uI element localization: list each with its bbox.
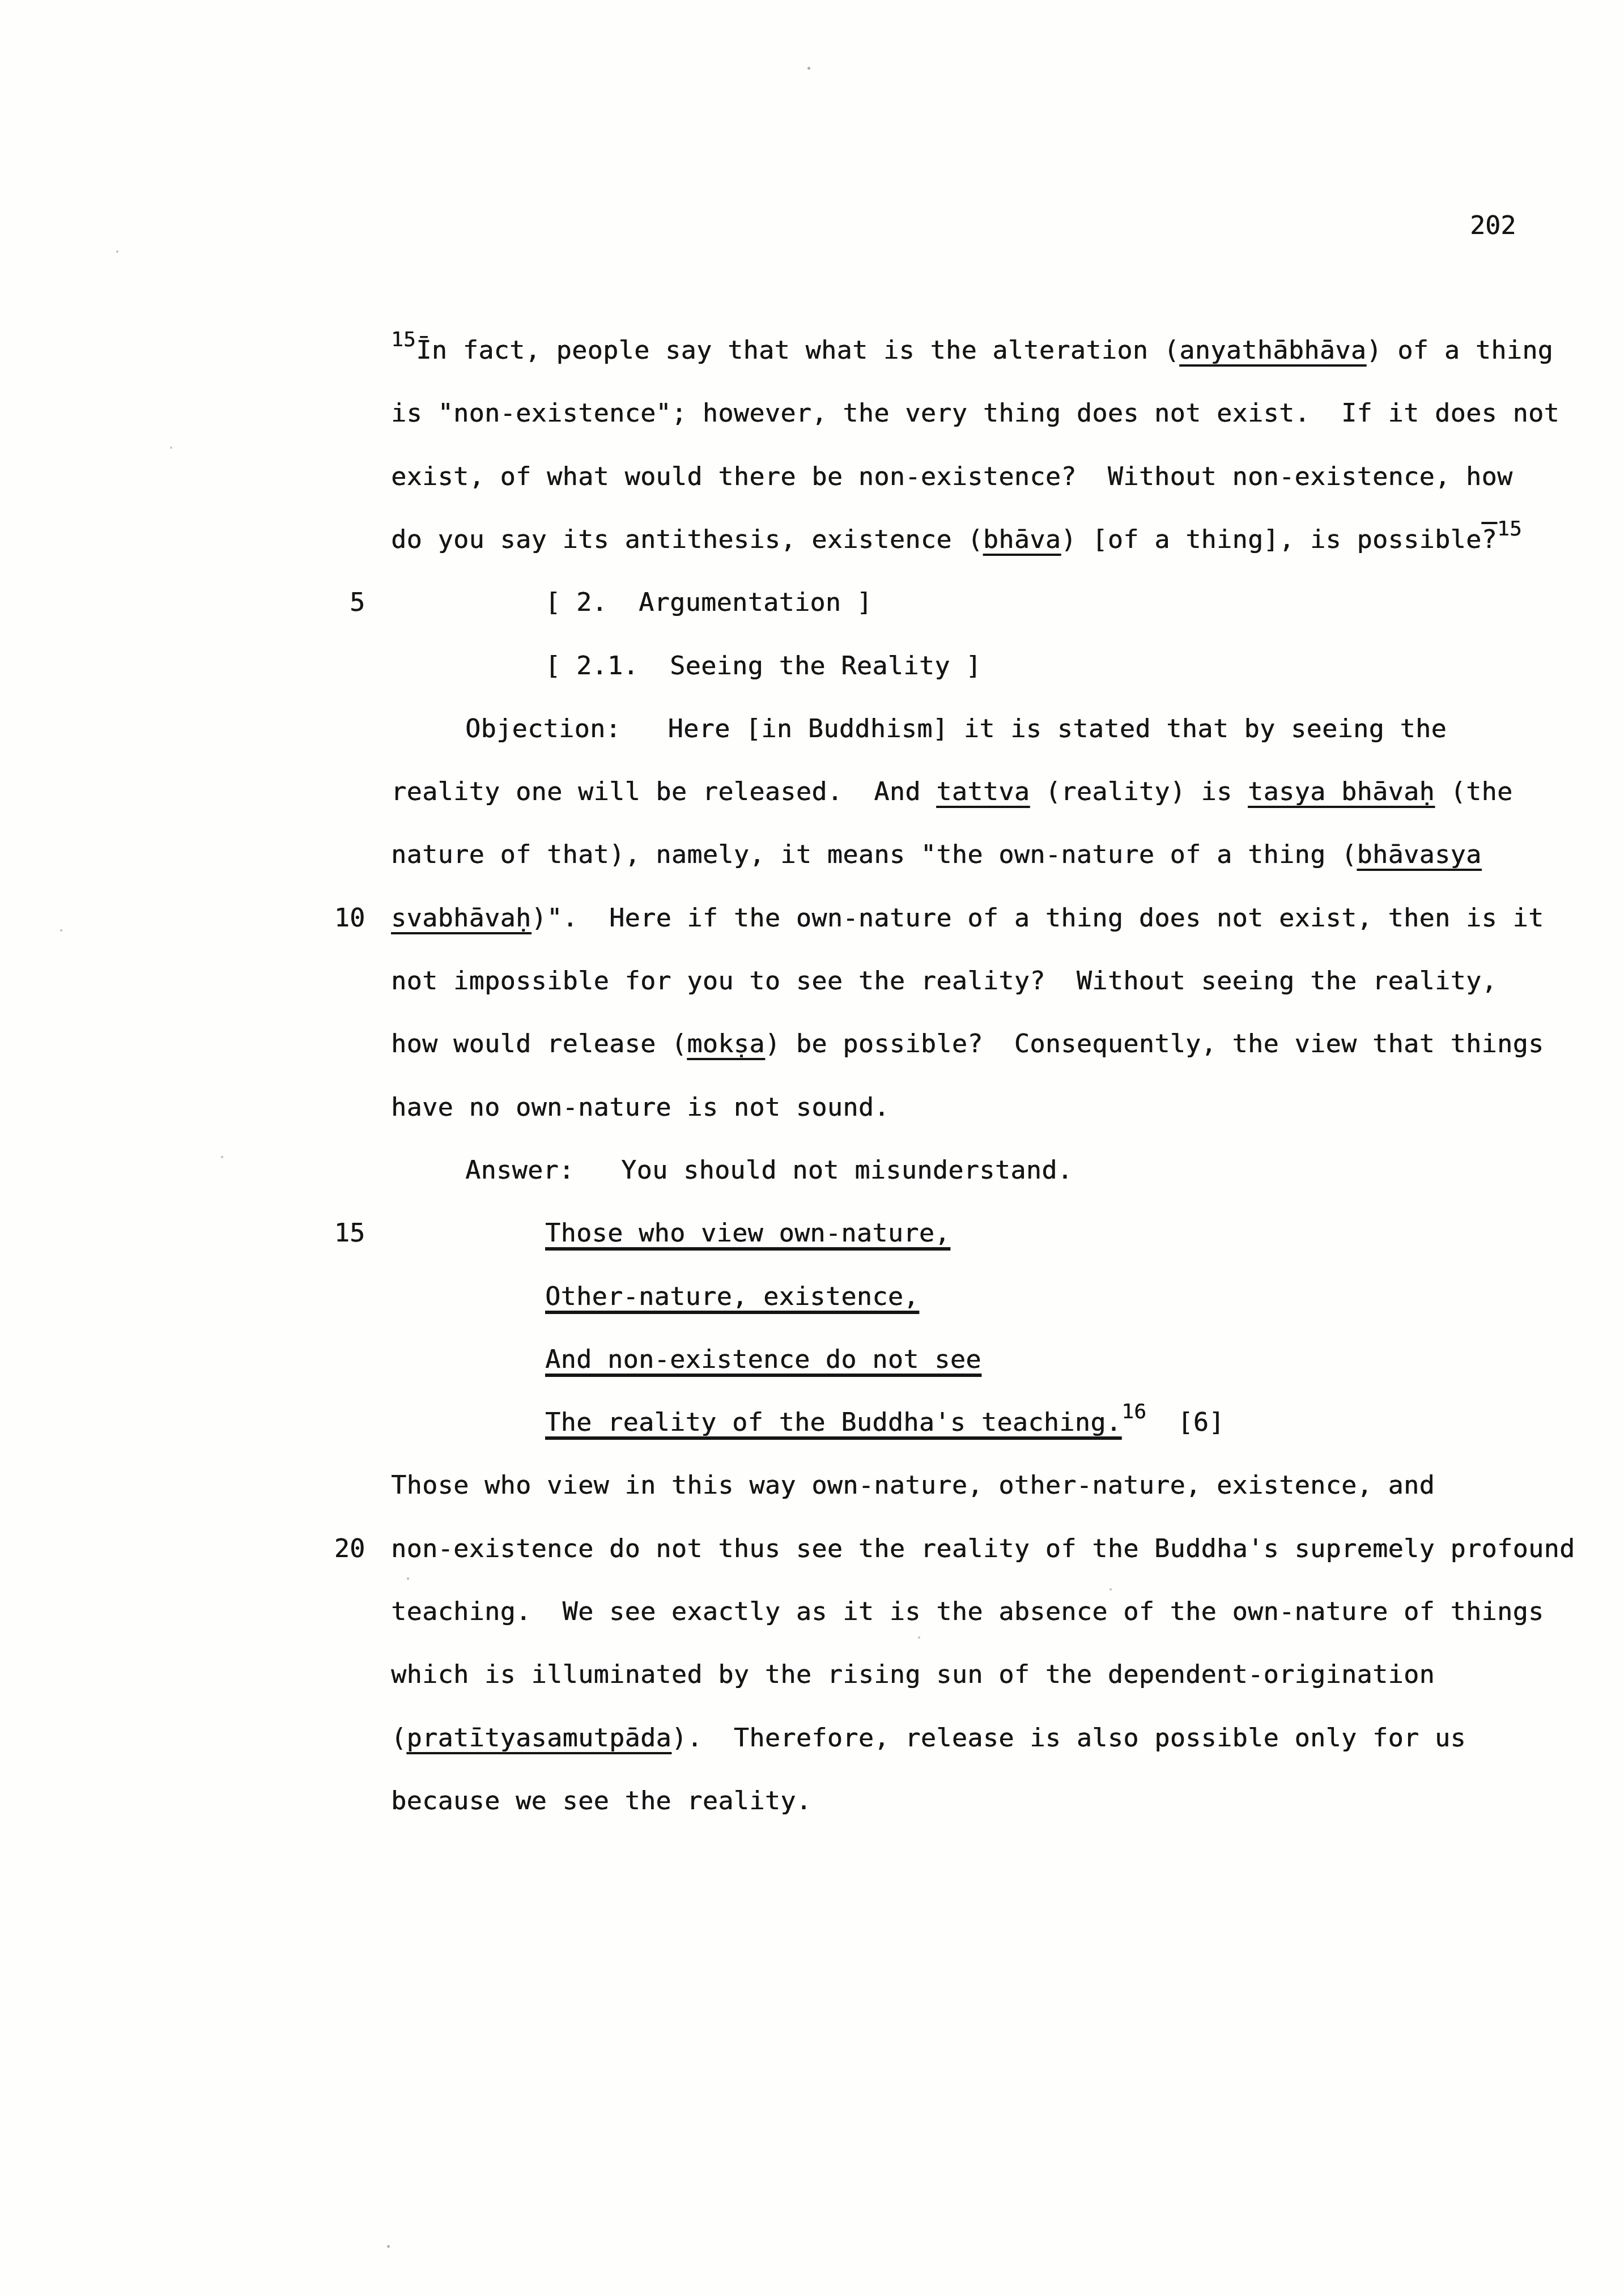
verse-line: Those who view own-nature, — [545, 1218, 950, 1248]
text-run: ) [of a thing], is possible — [1061, 524, 1481, 554]
underlined-term: anyathābhāva — [1179, 335, 1366, 365]
text-run: exist, of what would there be non-existe… — [391, 461, 1512, 491]
text-run: Īn fact, people say that what is the alt… — [416, 335, 1179, 365]
superscript-footnote-marker: 15 — [1497, 517, 1522, 541]
underlined-term: tasya bhāvaḥ — [1248, 776, 1435, 806]
text-line: 15Īn fact, people say that what is the a… — [391, 335, 1553, 367]
page-number: 202 — [1470, 211, 1516, 240]
text-run: [6] — [1146, 1407, 1224, 1437]
underlined-term: mokṣa — [687, 1028, 764, 1058]
text-run: teaching. We see exactly as it is the ab… — [391, 1596, 1544, 1626]
line-number: 10 — [313, 903, 365, 933]
underlined-verse-text: Other-nature, existence, — [545, 1281, 919, 1311]
text-line: which is illuminated by the rising sun o… — [391, 1660, 1435, 1689]
text-run: ) be possible? Consequently, the view th… — [765, 1028, 1544, 1058]
underlined-verse-text: Those who view own-nature, — [545, 1218, 950, 1248]
underlined-term: bhāvasya — [1357, 839, 1482, 869]
text-line: have no own-nature is not sound. — [391, 1092, 890, 1122]
text-run: )". Here if the own-nature of a thing do… — [531, 903, 1544, 933]
text-line: teaching. We see exactly as it is the ab… — [391, 1597, 1544, 1626]
text-run: have no own-nature is not sound. — [391, 1092, 890, 1122]
text-run: [ 2. Argumentation ] — [545, 587, 872, 617]
text-run: Answer: You should not misunderstand. — [465, 1155, 1073, 1185]
text-run: nature of that), namely, it means "the o… — [391, 839, 1357, 869]
underlined-term: pratītyasamutpāda — [407, 1723, 671, 1753]
scan-speck — [387, 2245, 390, 2248]
document-page: 202 15Īn fact, people say that what is t… — [0, 0, 1624, 2296]
text-run: do you say its antithesis, existence ( — [391, 524, 983, 554]
text-run: ). Therefore, release is also possible o… — [671, 1723, 1466, 1753]
text-line: Objection: Here [in Buddhism] it is stat… — [465, 714, 1447, 743]
text-line: Answer: You should not misunderstand. — [465, 1155, 1073, 1185]
text-line: svabhāvaḥ)". Here if the own-nature of a… — [391, 903, 1544, 933]
text-line: not impossible for you to see the realit… — [391, 966, 1497, 996]
text-run: Those who view in this way own-nature, o… — [391, 1470, 1435, 1500]
underlined-verse-text: And non-existence do not see — [545, 1344, 981, 1374]
text-run: which is illuminated by the rising sun o… — [391, 1659, 1435, 1689]
text-run: (reality) is — [1030, 776, 1248, 806]
text-line: nature of that), namely, it means "the o… — [391, 840, 1481, 869]
text-line: do you say its antithesis, existence (bh… — [391, 525, 1522, 556]
underlined-term: bhāva — [983, 524, 1061, 554]
text-run: not impossible for you to see the realit… — [391, 966, 1497, 996]
text-run: because we see the reality. — [391, 1785, 811, 1815]
text-line: how would release (mokṣa) be possible? C… — [391, 1029, 1544, 1058]
text-line: exist, of what would there be non-existe… — [391, 462, 1512, 491]
verse-line: [ 2. Argumentation ] — [545, 588, 872, 617]
verse-line: Other-nature, existence, — [545, 1282, 919, 1311]
text-run: is "non-existence"; however, the very th… — [391, 398, 1559, 428]
underlined-term: svabhāvaḥ — [391, 903, 531, 933]
text-line: is "non-existence"; however, the very th… — [391, 398, 1559, 428]
text-run: how would release ( — [391, 1028, 687, 1058]
scan-speck — [170, 447, 172, 449]
scan-speck — [1109, 1588, 1112, 1591]
text-run: reality one will be released. And — [391, 776, 936, 806]
underlined-term: tattva — [936, 776, 1030, 806]
text-run: ( — [391, 1723, 407, 1753]
scan-speck — [116, 250, 118, 253]
scan-speck — [807, 67, 810, 70]
underlined-verse-text: The reality of the Buddha's teaching. — [545, 1407, 1121, 1437]
text-line: reality one will be released. And tattva… — [391, 777, 1513, 806]
overstruck-question-mark: ? — [1481, 524, 1497, 554]
text-run: (the — [1435, 776, 1512, 806]
verse-line: And non-existence do not see — [545, 1345, 981, 1374]
verse-line: The reality of the Buddha's teaching.16 … — [545, 1408, 1225, 1439]
text-run: [ 2.1. Seeing the Reality ] — [545, 650, 981, 681]
text-run: non-existence do not thus see the realit… — [391, 1533, 1575, 1563]
text-line: Those who view in this way own-nature, o… — [391, 1470, 1435, 1500]
text-line: non-existence do not thus see the realit… — [391, 1534, 1575, 1563]
superscript-footnote-marker: 15 — [391, 328, 416, 351]
text-line: (pratītyasamutpāda). Therefore, release … — [391, 1723, 1466, 1753]
line-number: 15 — [313, 1218, 365, 1248]
scan-speck — [60, 929, 62, 932]
text-run: Objection: Here [in Buddhism] it is stat… — [465, 713, 1447, 743]
line-number: 5 — [313, 588, 365, 617]
scan-speck — [221, 1156, 223, 1158]
scan-speck — [918, 1636, 920, 1639]
superscript-footnote-marker: 16 — [1121, 1400, 1146, 1423]
line-number: 20 — [313, 1534, 365, 1563]
text-line: because we see the reality. — [391, 1786, 811, 1815]
scan-speck — [407, 1578, 409, 1580]
verse-line: [ 2.1. Seeing the Reality ] — [545, 651, 981, 681]
text-run: ) of a thing — [1366, 335, 1553, 365]
